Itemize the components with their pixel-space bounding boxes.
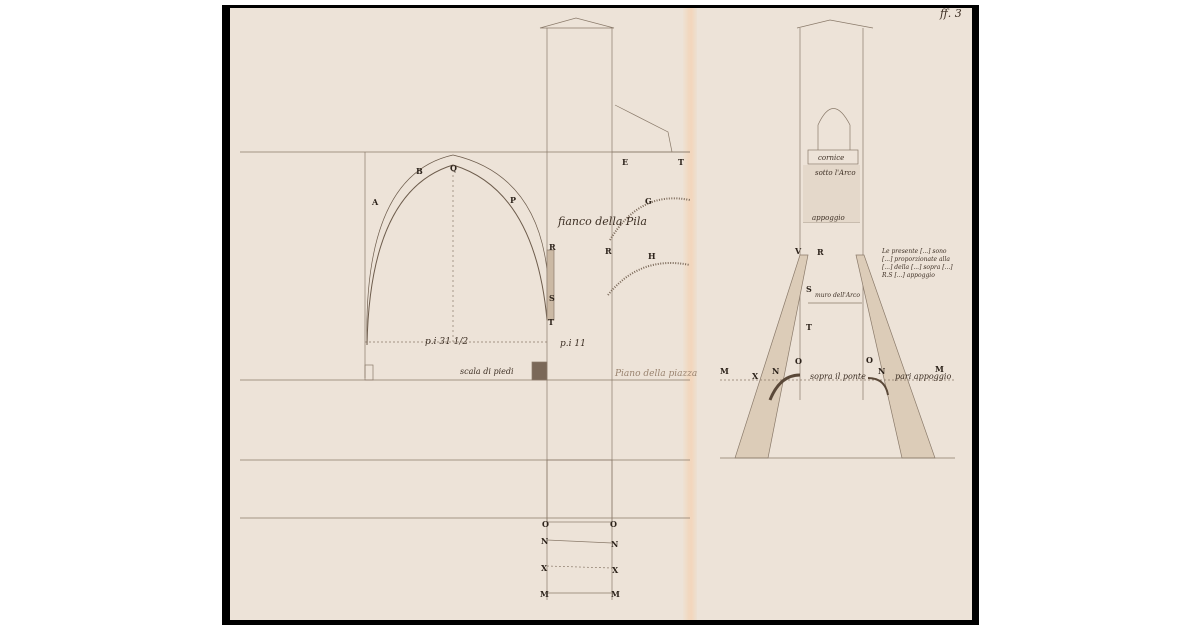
label-t-right: T [806,323,812,331]
label-r: R [549,243,556,251]
label-o1-right: O [795,357,802,365]
label-x2: X [612,566,618,574]
label-v: V [795,247,801,255]
label-t: T [548,318,554,326]
label-b: B [416,167,423,175]
label-m2-right: M [935,365,944,373]
label-q: Q [450,164,457,172]
label-n2: N [611,540,618,548]
label-x1: X [541,564,547,572]
annotation-measure-left: p.i 31 1/2 [425,338,468,347]
annotation-muro-arco: muro dell'Arco [815,293,860,299]
label-r-right: R [817,248,824,256]
annotation-appoggio: appoggio [812,215,845,222]
label-n1: N [541,537,548,545]
label-t2: T [678,158,684,166]
annotation-note: Le presente [...] sono [...] proporziona… [882,248,954,280]
label-m2: M [611,590,620,598]
annotation-scale: scala di piedi [460,368,514,376]
label-h: H [648,252,656,260]
label-o1: O [542,520,549,528]
annotation-cornice: cornice [818,155,844,162]
folio-mark: ff. 3 [940,8,962,19]
annotation-sotto-arco: sotto l'Arco [815,170,856,177]
label-n1-right: N [772,367,779,375]
label-o2-right: O [866,356,873,364]
label-s-right: S [806,285,812,293]
annotation-piano: Piano della piazza [615,370,697,379]
label-a: A [372,198,378,206]
label-m1-right: M [720,367,729,375]
label-o2: O [610,520,617,528]
annotation-measure-right: p.i 11 [560,340,586,349]
label-s: S [549,294,555,302]
label-p: P [510,196,516,204]
architectural-drawing [0,0,1200,628]
label-g: G [645,197,652,205]
annotation-pari-appoggio: pari appoggio [895,373,951,381]
label-r2: R [605,247,612,255]
label-n2-right: N [878,367,885,375]
label-m1: M [540,590,549,598]
label-x-right: X [752,372,758,380]
annotation-fianco-pila: fianco della Pila [558,216,647,227]
annotation-ponte: sopra il ponte [810,373,866,381]
label-e: E [622,158,628,166]
